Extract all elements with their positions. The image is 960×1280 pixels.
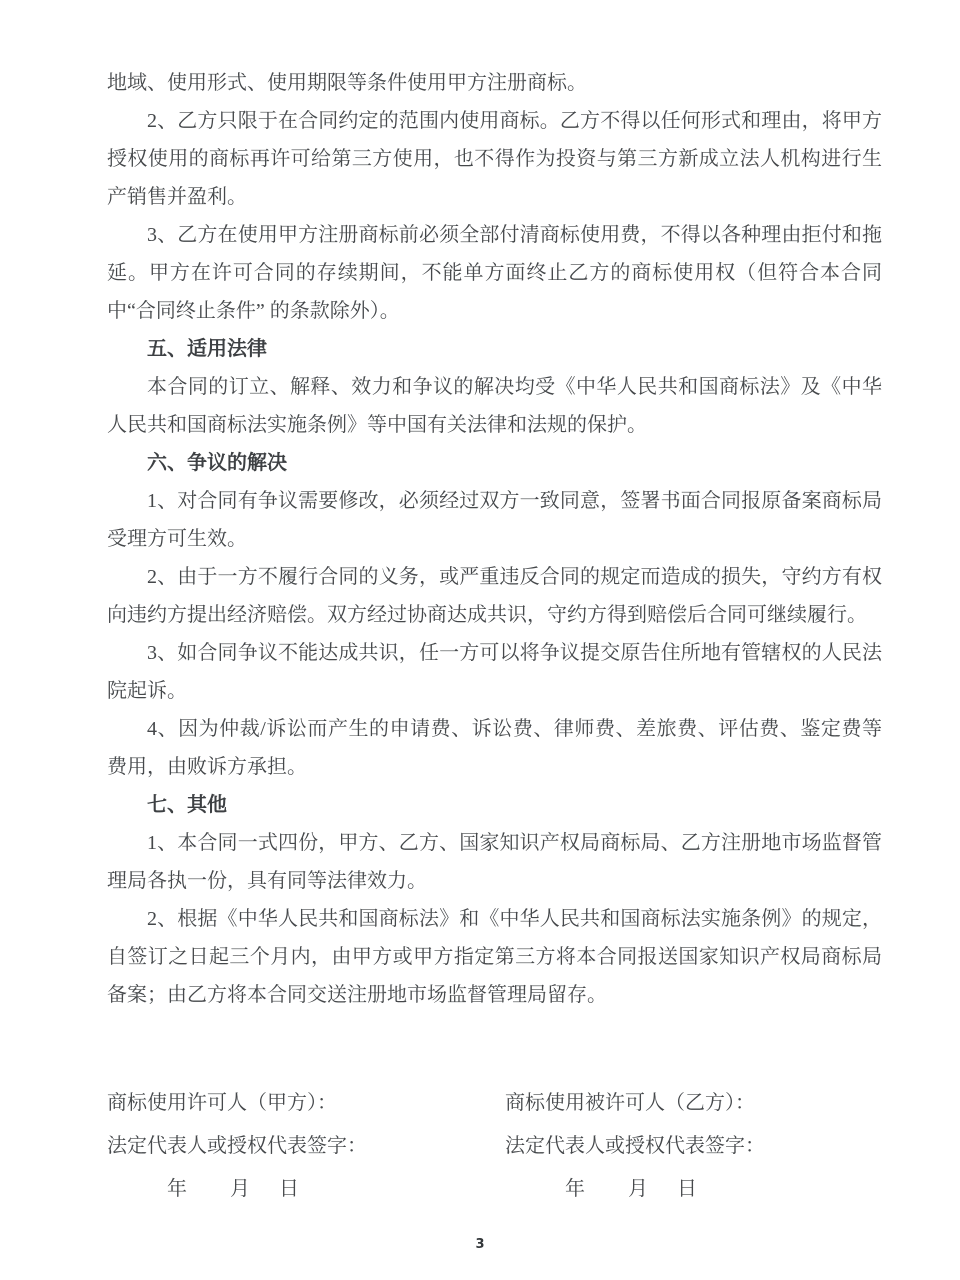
licensor-signature-column: 商标使用许可人（甲方）： 法定代表人或授权代表签字： 年 月 日 xyxy=(107,1092,505,1221)
licensee-representative-sign-label: 法定代表人或授权代表签字： xyxy=(505,1135,882,1157)
contract-content: 地域、使用形式、使用期限等条件使用甲方注册商标。2、乙方只限于在合同约定的范围内… xyxy=(107,64,882,1221)
document-page: 地域、使用形式、使用期限等条件使用甲方注册商标。2、乙方只限于在合同约定的范围内… xyxy=(0,0,960,1280)
licensor-month-label: 月 xyxy=(230,1178,250,1200)
licensor-representative-sign-label: 法定代表人或授权代表签字： xyxy=(107,1135,505,1157)
licensor-day-label: 日 xyxy=(279,1178,299,1200)
licensee-month-label: 月 xyxy=(628,1178,648,1200)
licensee-year-label: 年 xyxy=(565,1178,585,1200)
contract-body: 地域、使用形式、使用期限等条件使用甲方注册商标。2、乙方只限于在合同约定的范围内… xyxy=(107,64,882,1014)
paragraph: 3、乙方在使用甲方注册商标前必须全部付清商标使用费，不得以各种理由拒付和拖延。甲… xyxy=(107,216,882,330)
paragraph: 本合同的订立、解释、效力和争议的解决均受《中华人民共和国商标法》及《中华人民共和… xyxy=(107,368,882,444)
paragraph: 2、由于一方不履行合同的义务，或严重违反合同的规定而造成的损失，守约方有权向违约… xyxy=(107,558,882,634)
licensee-day-label: 日 xyxy=(677,1178,697,1200)
paragraph: 1、本合同一式四份，甲方、乙方、国家知识产权局商标局、乙方注册地市场监督管理局各… xyxy=(107,824,882,900)
paragraph: 1、对合同有争议需要修改，必须经过双方一致同意，签署书面合同报原备案商标局受理方… xyxy=(107,482,882,558)
paragraph: 2、根据《中华人民共和国商标法》和《中华人民共和国商标法实施条例》的规定，自签订… xyxy=(107,900,882,1014)
section-heading: 五、适用法律 xyxy=(107,330,882,368)
signature-block: 商标使用许可人（甲方）： 法定代表人或授权代表签字： 年 月 日 商标使用被许可… xyxy=(107,1092,882,1221)
licensor-date-line: 年 月 日 xyxy=(107,1178,505,1200)
licensee-party-label: 商标使用被许可人（乙方）： xyxy=(505,1092,882,1114)
section-heading: 六、争议的解决 xyxy=(107,444,882,482)
paragraph: 4、因为仲裁/诉讼而产生的申请费、诉讼费、律师费、差旅费、评估费、鉴定费等费用，… xyxy=(107,710,882,786)
licensor-party-label: 商标使用许可人（甲方）： xyxy=(107,1092,505,1114)
paragraph: 地域、使用形式、使用期限等条件使用甲方注册商标。 xyxy=(107,64,882,102)
paragraph: 2、乙方只限于在合同约定的范围内使用商标。乙方不得以任何形式和理由，将甲方授权使… xyxy=(107,102,882,216)
page-number: 3 xyxy=(0,1237,960,1252)
section-heading: 七、其他 xyxy=(107,786,882,824)
paragraph: 3、如合同争议不能达成共识，任一方可以将争议提交原告住所地有管辖权的人民法院起诉… xyxy=(107,634,882,710)
licensee-date-line: 年 月 日 xyxy=(505,1178,882,1200)
licensor-year-label: 年 xyxy=(167,1178,187,1200)
licensee-signature-column: 商标使用被许可人（乙方）： 法定代表人或授权代表签字： 年 月 日 xyxy=(505,1092,882,1221)
